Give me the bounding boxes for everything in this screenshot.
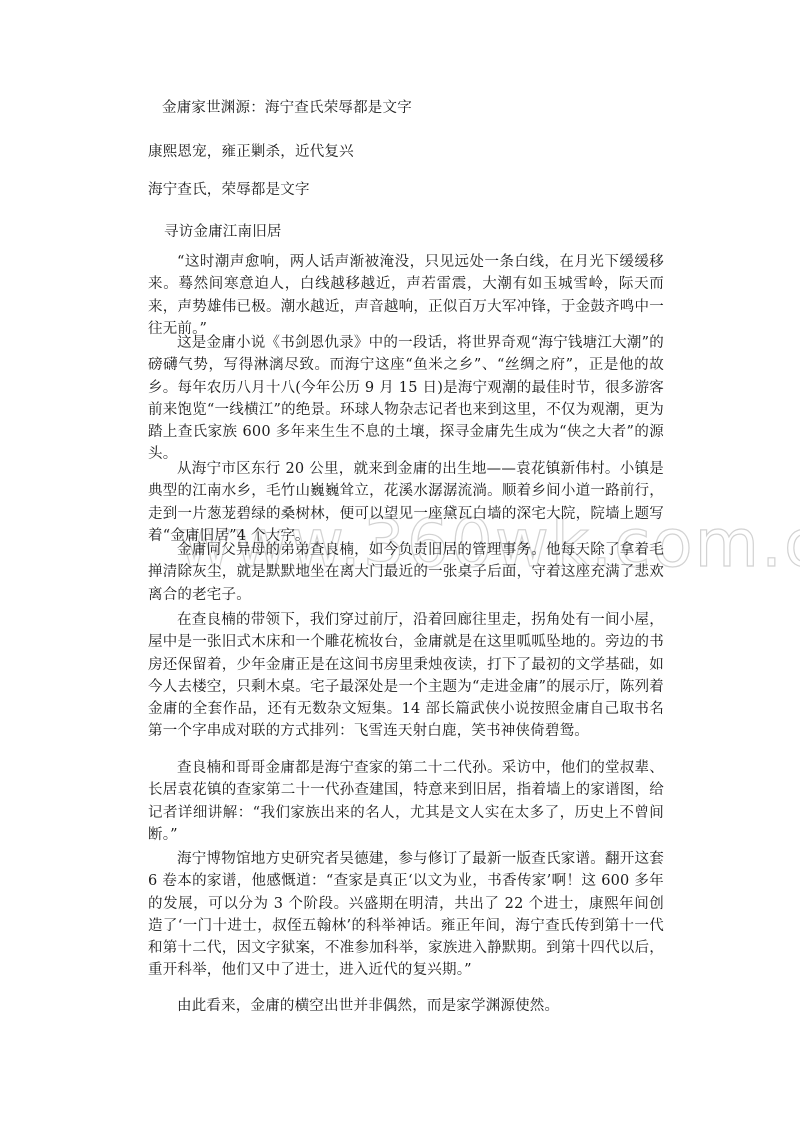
paragraph-tour: 在查良楠的带领下，我们穿过前厅，沿着回廊往里走，拐角处有一间小屋，屋中是一张旧式… — [148, 609, 664, 743]
section-heading: 寻访金庸江南旧居 — [164, 222, 282, 242]
paragraph-intro: 这是金庸小说《书剑恩仇录》中的一段话，将世界奇观“海宁钱塘江大潮”的磅礴气势，写… — [148, 332, 664, 466]
paragraph-quote: “这时潮声愈响，两人话声渐被淹没，只见远处一条白线，在月光下缓缓移来。蓦然间寒意… — [148, 251, 664, 340]
paragraph-birthplace: 从海宁市区东行 20 公里，就来到金庸的出生地——袁花镇新伟村。小镇是典型的江南… — [148, 458, 664, 547]
subtitle-1: 康熙恩宠，雍正剿杀，近代复兴 — [148, 142, 354, 162]
paragraph-brother: 金庸同父异母的弟弟查良楠，如今负责旧居的管理事务。他每天除了拿着毛掸清除灰尘，就… — [148, 539, 664, 606]
paragraph-genealogy: 海宁博物馆地方史研究者吴德建，参与修订了最新一版查氏家谱。翻开这套 6 卷本的家… — [148, 848, 664, 982]
subtitle-2: 海宁查氏，荣辱都是文字 — [148, 180, 310, 200]
document-page: 金庸家世渊源：海宁查氏荣辱都是文字 康熙恩宠，雍正剿杀，近代复兴 海宁查氏，荣辱… — [0, 0, 800, 1132]
paragraph-conclusion: 由此看来，金庸的横空出世并非偶然，而是家学渊源使然。 — [148, 995, 664, 1017]
paragraph-generations: 查良楠和哥哥金庸都是海宁查家的第二十二代孙。采访中，他们的堂叔辈、长居袁花镇的查… — [148, 757, 664, 846]
document-title: 金庸家世渊源：海宁查氏荣辱都是文字 — [162, 98, 412, 118]
